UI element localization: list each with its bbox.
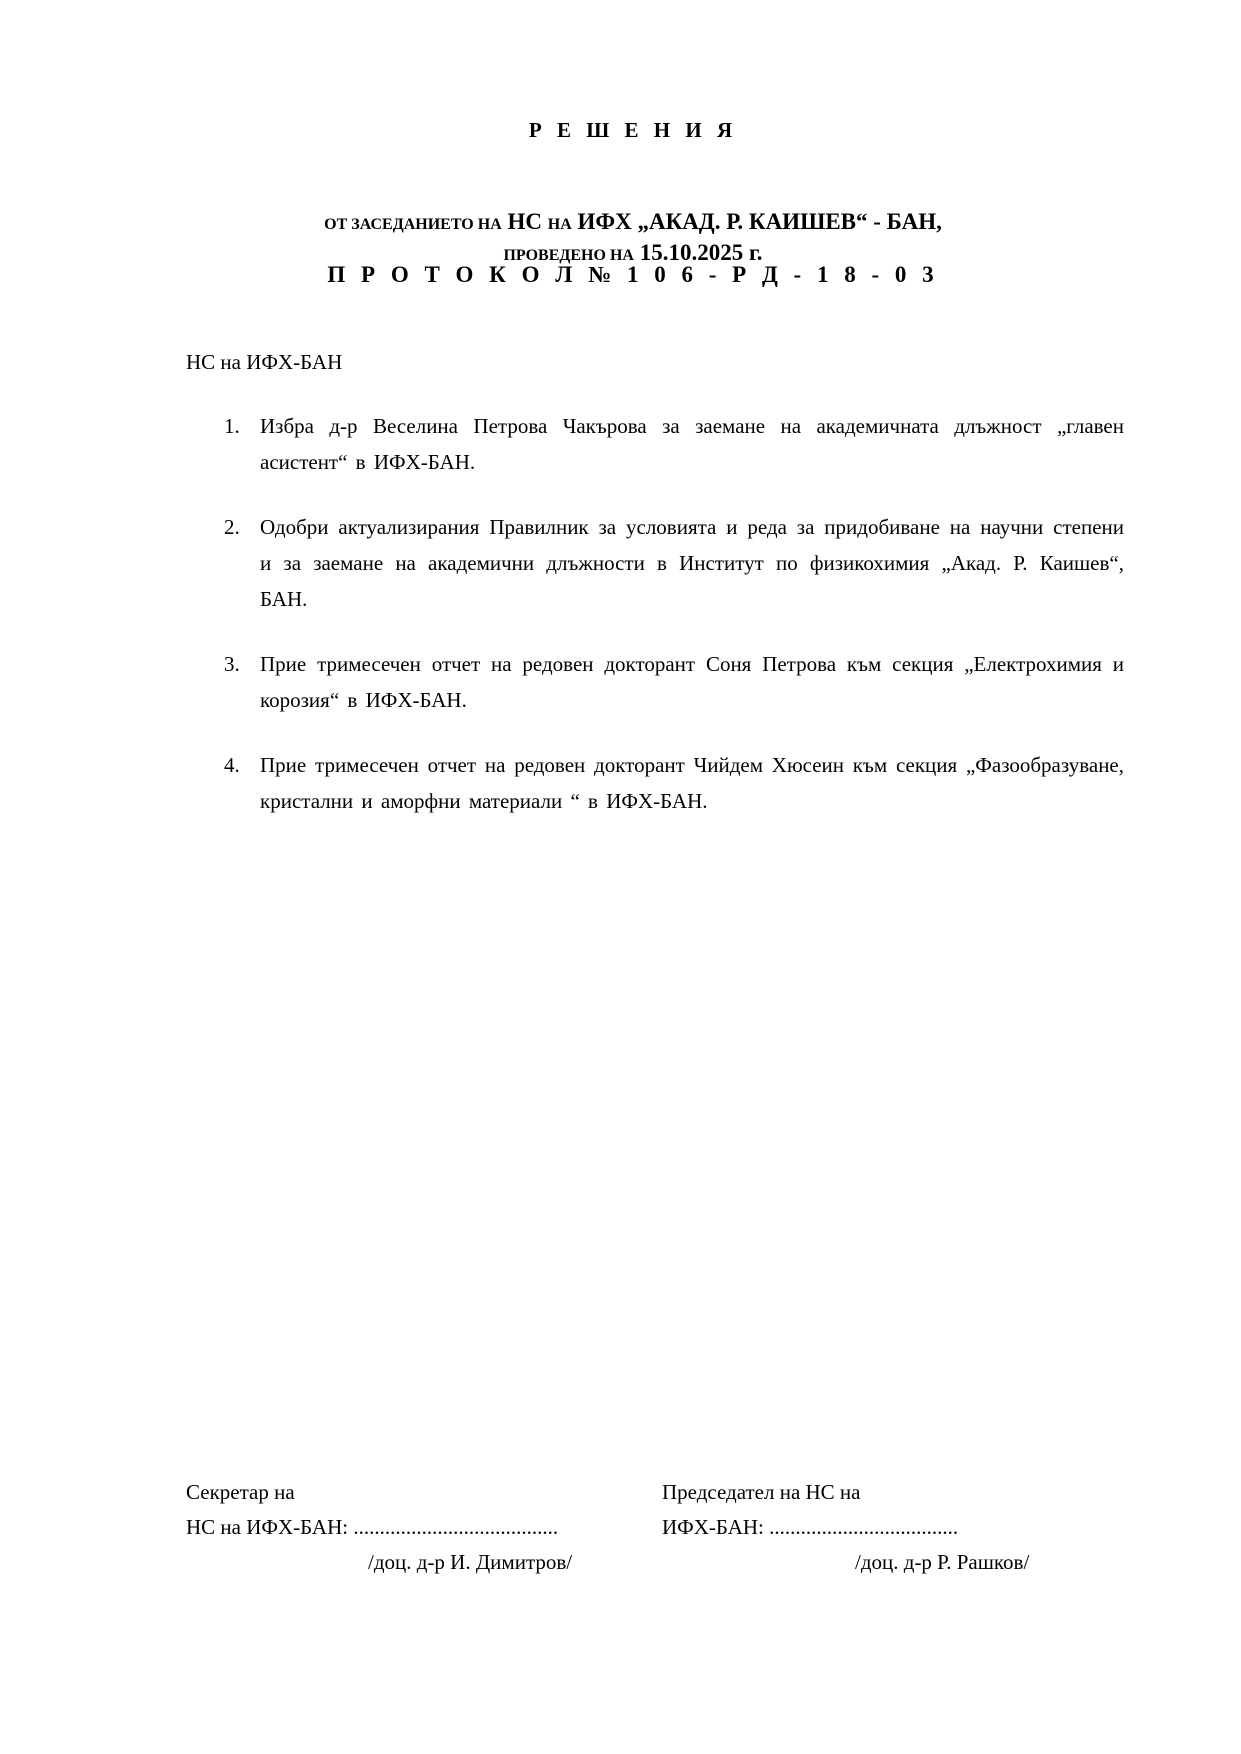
decision-number: 3. — [224, 646, 260, 718]
secretary-signature-block: Секретар на НС на ИФХ-БАН: .............… — [186, 1475, 572, 1580]
header-org: ИФХ „АКАД. Р. КАИШЕВ“ - БАН, — [578, 209, 942, 234]
decision-item: 4. Прие тримесечен отчет на редовен докт… — [224, 747, 1124, 819]
decision-item: 2. Одобри актуализирания Правилник за ус… — [224, 509, 1124, 617]
decision-number: 4. — [224, 747, 260, 819]
chairman-signature-line: ИФХ-БАН: ...............................… — [662, 1510, 1029, 1545]
protocol-number: П Р О Т О К О Л № 1 0 6 - Р Д - 1 8 - 0 … — [0, 262, 1241, 288]
decision-text: Избра д-р Веселина Петрова Чакърова за з… — [260, 408, 1124, 480]
header-na: НА — [548, 216, 572, 233]
meeting-header: ОТ ЗАСЕДАНИЕТО НА НС НА ИФХ „АКАД. Р. КА… — [0, 208, 1241, 270]
chairman-name: /доц. д-р Р. Рашков/ — [662, 1545, 1029, 1580]
document-title: Р Е Ш Е Н И Я — [0, 118, 1241, 143]
secretary-signature-line: НС на ИФХ-БАН: .........................… — [186, 1510, 572, 1545]
decision-text: Прие тримесечен отчет на редовен доктора… — [260, 646, 1124, 718]
intro-text: НС на ИФХ-БАН — [186, 350, 342, 375]
chairman-title: Председател на НС на — [662, 1475, 1029, 1510]
secretary-title: Секретар на — [186, 1475, 572, 1510]
header-prefix: ОТ ЗАСЕДАНИЕТО НА — [324, 216, 502, 233]
chairman-signature-block: Председател на НС на ИФХ-БАН: ..........… — [662, 1475, 1029, 1580]
header-ns: НС — [508, 209, 543, 234]
decision-number: 2. — [224, 509, 260, 617]
secretary-name: /доц. д-р И. Димитров/ — [186, 1545, 572, 1580]
decision-text: Прие тримесечен отчет на редовен доктора… — [260, 747, 1124, 819]
decision-text: Одобри актуализирания Правилник за услов… — [260, 509, 1124, 617]
decision-number: 1. — [224, 408, 260, 480]
decision-item: 3. Прие тримесечен отчет на редовен докт… — [224, 646, 1124, 718]
decision-item: 1. Избра д-р Веселина Петрова Чакърова з… — [224, 408, 1124, 480]
decisions-list: 1. Избра д-р Веселина Петрова Чакърова з… — [224, 408, 1124, 848]
